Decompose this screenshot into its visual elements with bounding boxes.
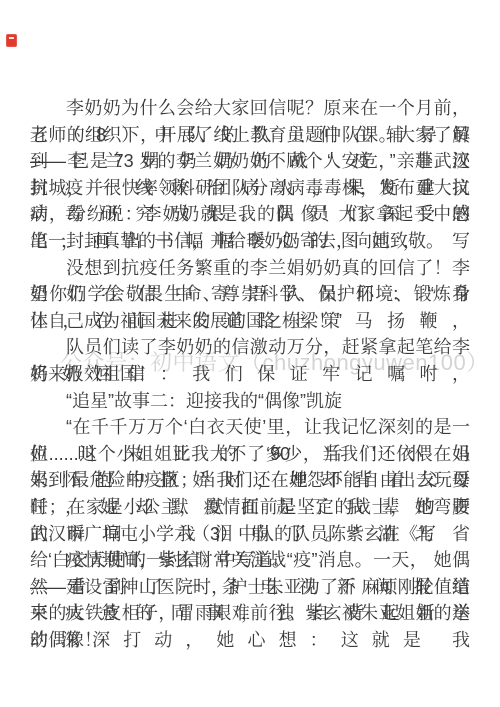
red-logo-icon xyxy=(6,34,17,47)
text-line: 望你们学会敬畏生命、尊崇科学、保护环境、锻炼身体，在前进的道路上策马扬鞭， xyxy=(30,281,470,308)
text-line: 姐......这个小姐姐比我大不了多少，当我们还依偎在妈妈怀抱中撒娇时，她却背着… xyxy=(30,441,470,468)
text-line: 来的大铁皮柜子，冒雨艰难前行。紫玄被朱亚姐姐的举动深深打动，她心想：这就是 我 xyxy=(30,600,470,627)
text-line: 来到 最危险的疫区；当我们还在埋怨不能自由出去玩耍时，她却默默扛起了我辈的责 xyxy=(30,467,470,494)
text-line: 队员们读了李奶奶的信激动万分，赶紧拿起笔给李奶奶回信：我们保证牢记嘱咐， xyxy=(30,334,470,361)
text-line: 老师的组织下，开展了线上教育主题中队课。大家了解到李兰娟奶奶的战“疫”事迹 xyxy=(30,122,470,149)
text-line: 没想到抗疫任务繁重的李兰娟奶奶真的回信了！李奶奶在信中寄语队员们：“希 xyxy=(30,255,470,282)
text-line: 武汉市广埠屯小学六（3）中队的队员陈紫玄在《写给‘白衣天使’的一封信》中写道。 xyxy=(30,521,470,548)
text-line: “在千千万万个‘白衣天使’里，让我记忆深刻的是一位叫朱亚的‘90 后’小姐 xyxy=(30,414,470,441)
text-line: 任；在家是小公主， 疫情面前是坚定的战士， 她弯腰的瞬间，我泪崩了。”湖北省 xyxy=(30,494,470,521)
text-line: 封城，并很快率领科研团队分离病毒毒株，发布重大抗病毒研究成果。队员们深受感 xyxy=(30,175,470,202)
text-line: —— 已是 73 岁的李兰娟奶奶不顾个人安危，亲赴武汉抗疫一线救治病人，果断建议 xyxy=(30,148,470,175)
document-page: 公众号：初中语文（chuzhongyuwen100） 李奶奶为什么会给大家回信呢… xyxy=(0,0,500,707)
text-line: 疫情期间，紫玄时常关注战“疫”消息。一天， 她偶然看到了一条电视新闻报道 xyxy=(30,547,470,574)
text-line: 出一封封真挚的书信，并给李奶奶寄去，向她致敬。 xyxy=(30,228,470,255)
text-line: ——建设雷神山医院时，护士朱亚为了不 麻烦刚轮值结束疲惫的同事，独自背起新送 xyxy=(30,574,470,601)
text-line: 动，纷纷说：李奶奶就是我的偶 像！大家拿起手中的笔，画出一幅幅暖心的图画， 写 xyxy=(30,201,470,228)
document-body: 李奶奶为什么会给大家回信呢？原来在一个月前，五（8）中队的队员们在辅导员老师的组… xyxy=(30,95,470,653)
text-line: 李奶奶为什么会给大家回信呢？原来在一个月前，五（8）中队的队员们在辅导员 xyxy=(30,95,470,122)
